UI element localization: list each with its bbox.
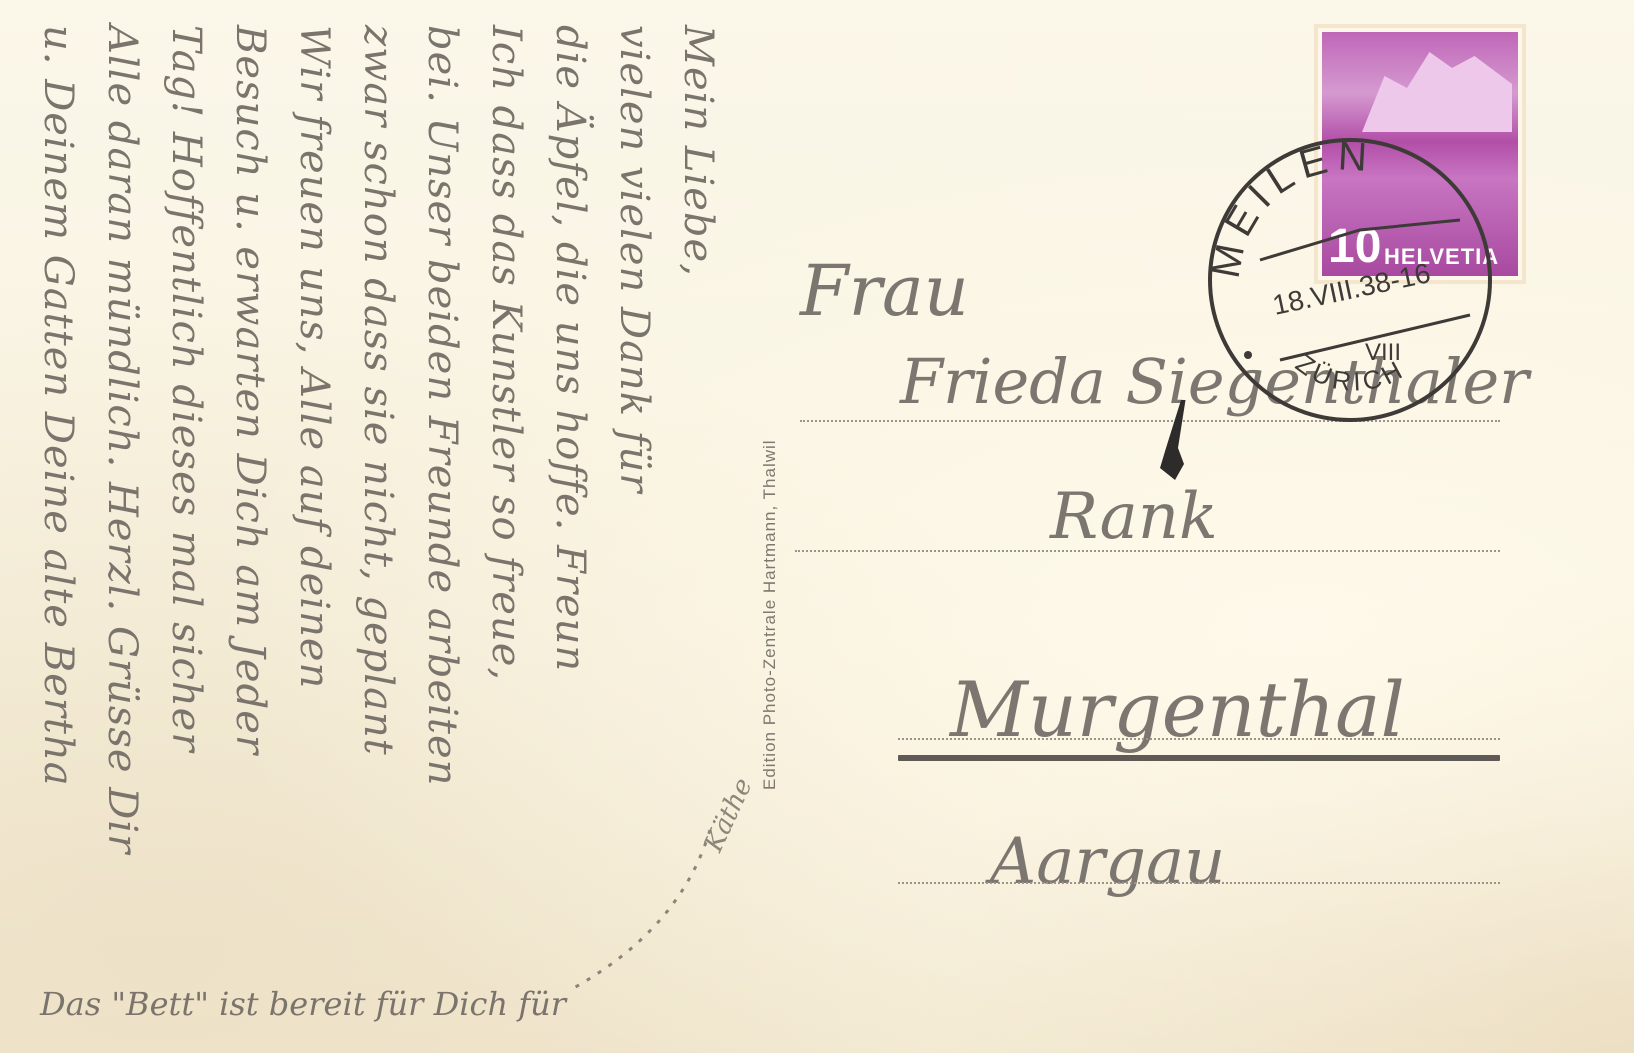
address-line-4 <box>898 882 1500 884</box>
address-street: Rank <box>1050 480 1218 554</box>
message-line: Tag! Hoffentlich dieses mal sicher <box>154 25 218 1025</box>
postmark: MEILEN ZÜRICH 18.VIII.38-16 VIII <box>1200 130 1500 430</box>
city-underline <box>898 755 1500 761</box>
message-line: Wir freuen uns, Alle auf deinen <box>282 25 346 1025</box>
message-line: Besuch u. erwarten Dich am Jeder <box>218 25 282 1025</box>
publisher-imprint: Edition Photo-Zentrale Hartmann, Thalwil <box>760 439 780 790</box>
address-salutation: Frau <box>800 250 969 332</box>
svg-text:MEILEN: MEILEN <box>1204 134 1376 281</box>
address-city: Murgenthal <box>950 665 1405 754</box>
message-bottom-line: Das "Bett" ist bereit für Dich für <box>40 985 566 1023</box>
address-line-2 <box>795 550 1500 552</box>
address-canton: Aargau <box>990 825 1225 899</box>
message-line: Ich dass das Kunstler so freue, <box>474 25 538 1025</box>
message-line: u. Deinem Gatten Deine alte Bertha <box>26 25 90 1025</box>
postcard: Mein Liebe,vielen vielen Dank fürdie Äpf… <box>0 0 1634 1053</box>
address-line-3 <box>898 738 1500 740</box>
message-line: bei. Unser beiden Freunde arbeiten <box>410 25 474 1025</box>
postmark-town: MEILEN <box>1204 134 1376 281</box>
postmark-date: 18.VIII.38-16 <box>1270 257 1433 321</box>
message-line: zwar schon dass sie nicht, geplant <box>346 25 410 1025</box>
dotted-divider-curve <box>560 820 760 1020</box>
postmark-code: VIII <box>1365 339 1401 366</box>
handwritten-message: Mein Liebe,vielen vielen Dank fürdie Äpf… <box>0 0 760 1053</box>
message-line: Alle daran mündlich. Herzl. Grüsse Dir <box>90 25 154 1025</box>
mountain-icon <box>1362 52 1512 132</box>
